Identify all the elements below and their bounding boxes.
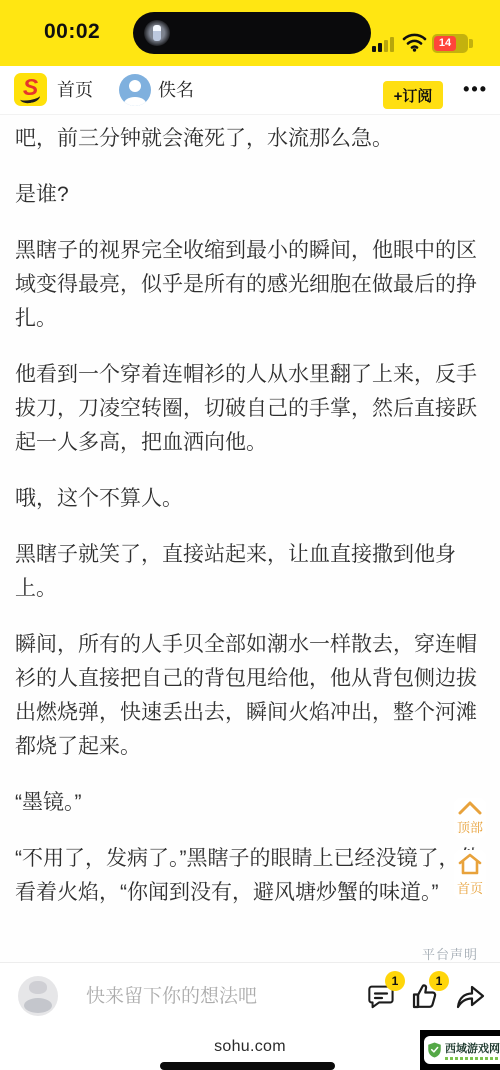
comment-input[interactable]: 快来留下你的想法吧 [86,963,257,1031]
article-header: S 首页 佚名 +订阅 ••• [0,66,500,115]
article-paragraph: “墨镜。” [15,786,485,820]
comment-bar: 快来留下你的想法吧 1 1 [0,962,500,1031]
chevron-up-icon [457,800,483,815]
shield-icon [427,1041,442,1059]
article-paragraph: 是谁? [15,178,485,212]
avatar-body-shape [124,97,146,106]
watermark-subtext [445,1057,499,1060]
status-bar: 00:02 14 [0,0,500,66]
battery-percent: 14 [434,36,456,51]
article-paragraph: 黑瞎子就笑了，直接站起来，让血直接撒到他身上。 [15,538,485,606]
home-link[interactable]: 首页 [57,66,93,114]
author-name[interactable]: 佚名 [158,66,194,114]
like-count-badge: 1 [429,971,449,991]
signal-icon [372,36,396,52]
article-paragraph: 黑瞎子的视界完全收缩到最小的瞬间，他眼中的区域变得最亮，似乎是所有的感光细胞在做… [15,234,485,336]
dynamic-island [133,12,371,54]
like-button[interactable]: 1 [408,979,442,1013]
platform-statement-link[interactable]: 平台声明 [422,944,478,963]
avatar-head-shape [129,80,141,92]
clock: 00:02 [44,20,100,44]
floating-nav: 顶部 首页 [447,798,493,899]
comment-button[interactable]: 1 [364,979,398,1013]
article-paragraph: 哦，这个不算人。 [15,482,485,516]
article-paragraph: 他看到一个穿着连帽衫的人从水里翻了上来，反手拔刀，刀凌空转圈，切破自己的手掌，然… [15,358,485,460]
home-icon [457,852,483,876]
watermark: 西域游戏网 [420,1030,500,1070]
go-home-button[interactable]: 首页 [454,850,486,899]
article-paragraph: 瞬间，所有的人手贝全部如潮水一样散去，穿连帽衫的人直接把自己的背包甩给他，他从背… [15,628,485,764]
flashlight-icon [144,20,170,46]
back-to-top-label: 顶部 [457,817,483,836]
watermark-badge: 西域游戏网 [424,1036,500,1064]
wifi-icon [402,33,427,52]
article-body: 吧，前三分钟就会淹死了，水流那么急。是谁?黑瞎子的视界完全收缩到最小的瞬间，他眼… [0,114,500,932]
article-paragraph: 吧，前三分钟就会淹死了，水流那么急。 [15,122,485,156]
battery-icon: 14 [432,34,468,53]
more-icon[interactable]: ••• [463,66,488,112]
user-avatar[interactable] [18,976,58,1016]
home-indicator [160,1062,335,1070]
watermark-site-name: 西域游戏网 [445,1040,500,1056]
comment-count-badge: 1 [385,971,405,991]
status-icons: 14 [370,0,500,66]
share-button[interactable] [452,979,486,1013]
go-home-label: 首页 [457,878,483,897]
share-icon [454,982,486,1012]
article-paragraph: “不用了，发病了。”黑瞎子的眼睛上已经没镜了，他看着火焰，“你闻到没有，避风塘炒… [15,842,485,910]
page-footer: sohu.com 西域游戏网 [0,1030,500,1070]
sohu-logo-icon[interactable]: S [14,73,47,106]
subscribe-button[interactable]: +订阅 [383,81,443,109]
back-to-top-button[interactable]: 顶部 [454,798,486,838]
author-avatar[interactable] [119,74,151,106]
phone-screen: 00:02 14 S [0,0,500,1070]
